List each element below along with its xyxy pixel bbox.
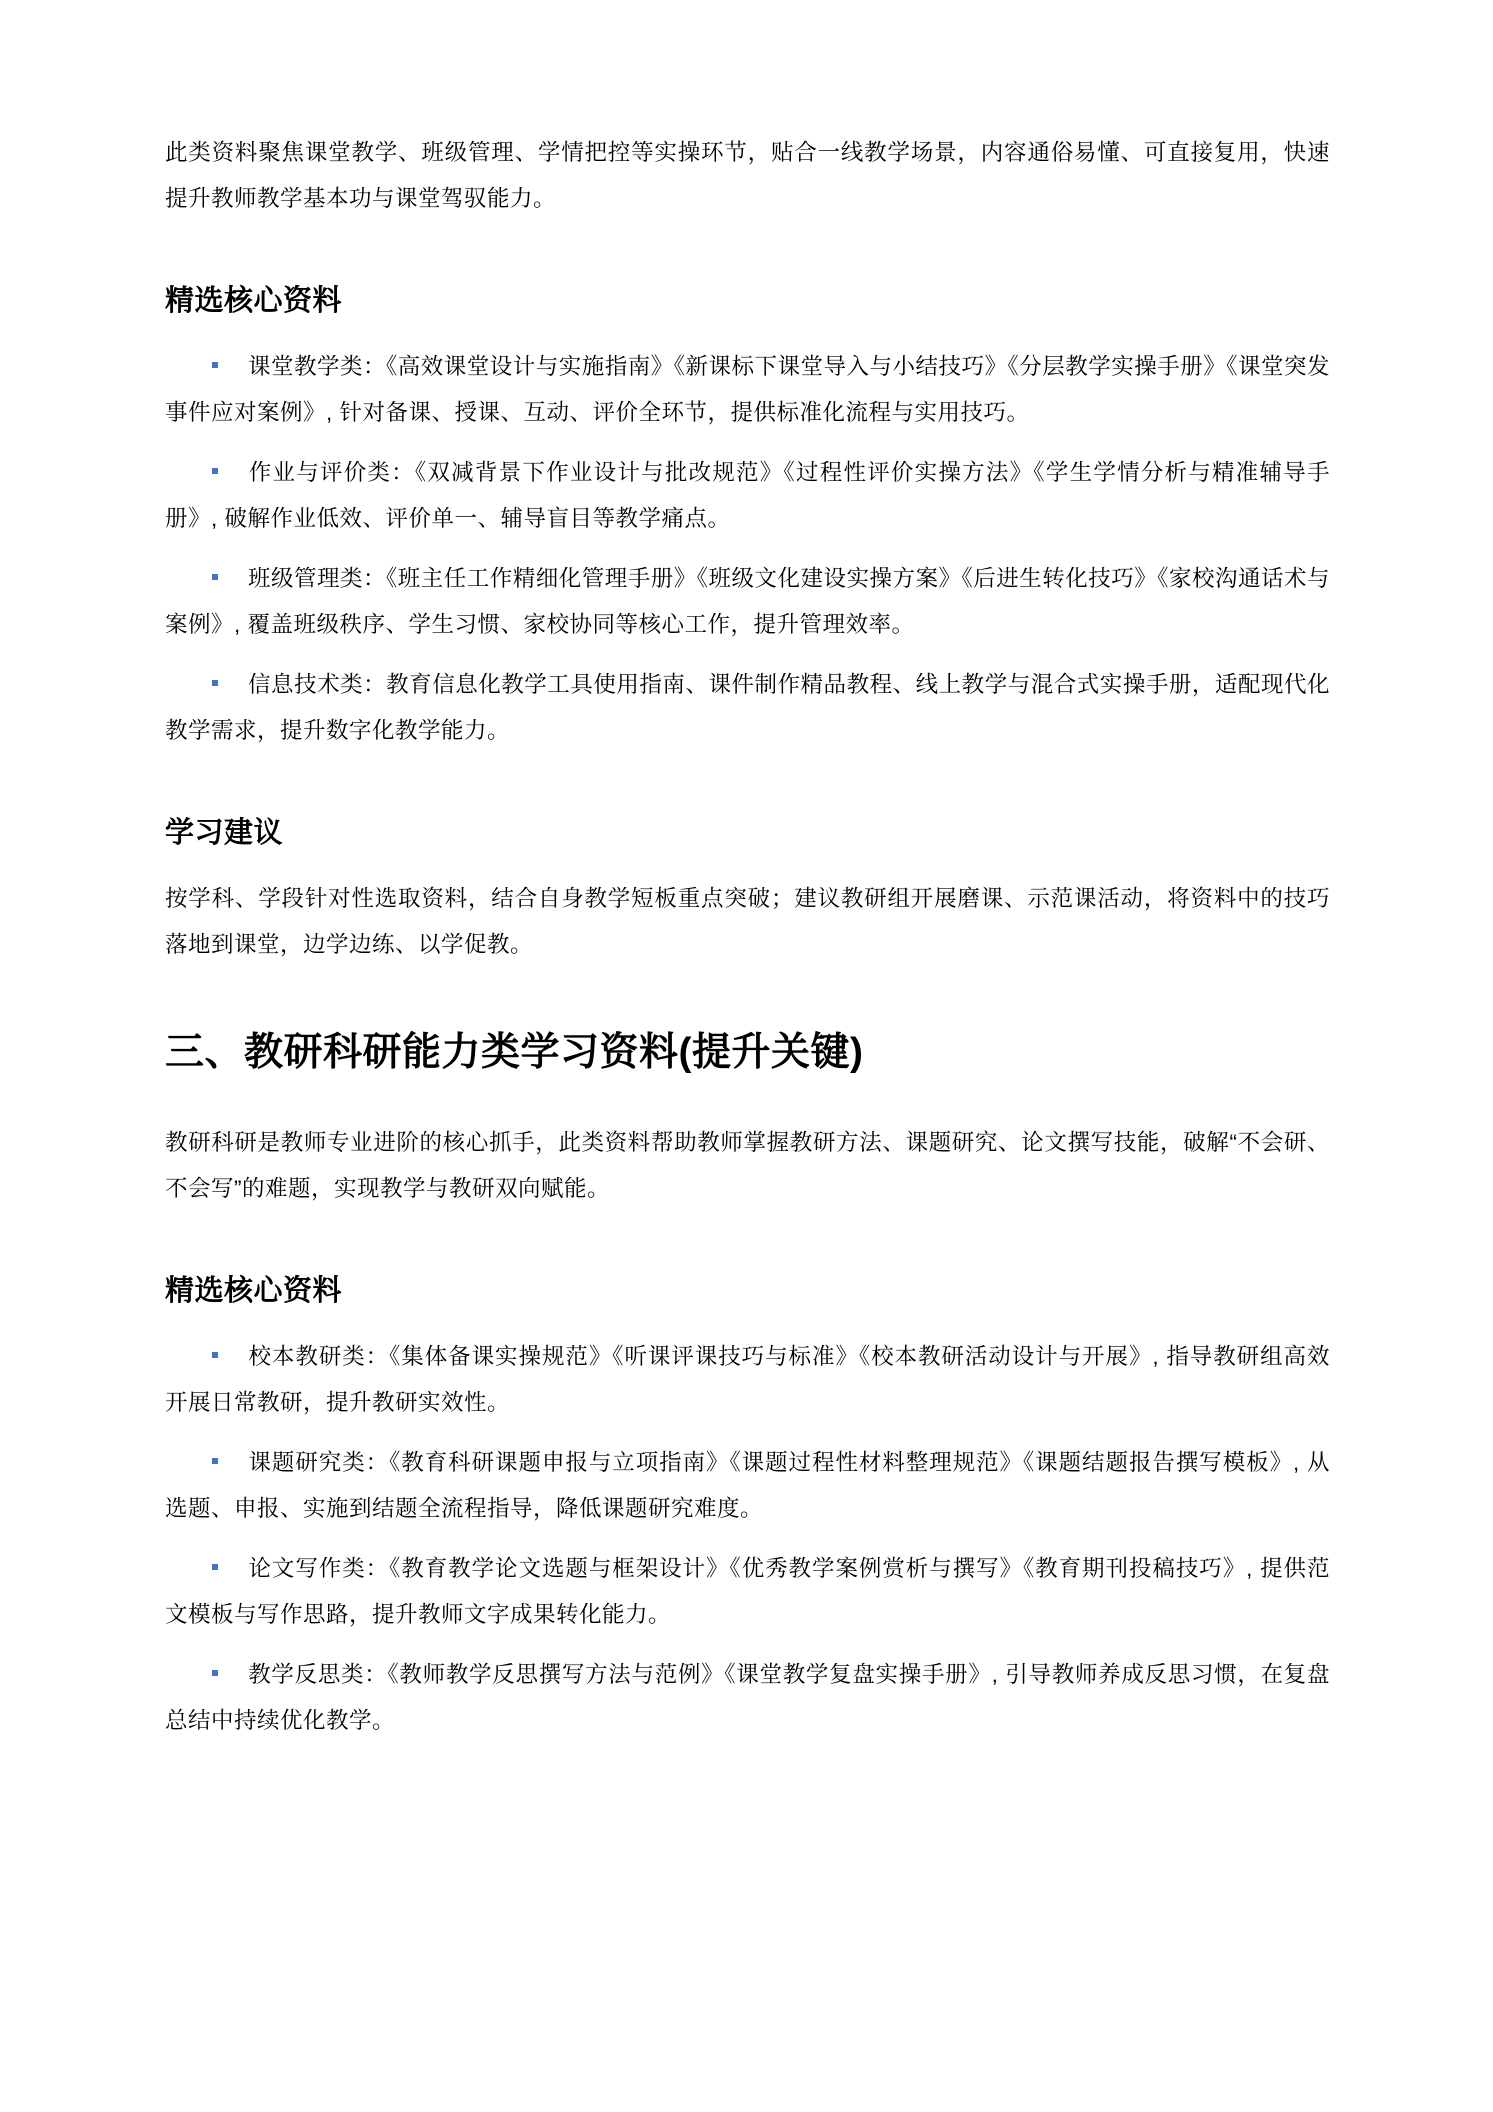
- bullet-square-icon: [212, 1564, 218, 1570]
- list-item: 信息技术类：教育信息化教学工具使用指南、课件制作精品教程、线上教学与混合式实操手…: [165, 662, 1330, 754]
- list-item: 课堂教学类：《高效课堂设计与实施指南》《新课标下课堂导入与小结技巧》《分层教学实…: [165, 344, 1330, 436]
- bullet-square-icon: [212, 362, 218, 368]
- list-item-text: 课题研究类：《教育科研课题申报与立项指南》《课题过程性材料整理规范》《课题结题报…: [165, 1450, 1330, 1521]
- materials-list-1: 课堂教学类：《高效课堂设计与实施指南》《新课标下课堂导入与小结技巧》《分层教学实…: [165, 344, 1330, 754]
- selected-core-materials-heading-1: 精选核心资料: [165, 282, 1330, 320]
- bullet-square-icon: [212, 680, 218, 686]
- list-item-text: 作业与评价类：《双减背景下作业设计与批改规范》《过程性评价实操方法》《学生学情分…: [165, 460, 1330, 531]
- section-three-heading: 三、教研科研能力类学习资料(提升关键): [165, 1028, 1330, 1078]
- study-advice-paragraph: 按学科、学段针对性选取资料，结合自身教学短板重点突破；建议教研组开展磨课、示范课…: [165, 876, 1330, 968]
- bullet-square-icon: [212, 468, 218, 474]
- materials-list-2: 校本教研类：《集体备课实操规范》《听课评课技巧与标准》《校本教研活动设计与开展》…: [165, 1334, 1330, 1744]
- list-item-text: 教学反思类：《教师教学反思撰写方法与范例》《课堂教学复盘实操手册》, 引导教师养…: [165, 1662, 1330, 1733]
- study-advice-heading: 学习建议: [165, 814, 1330, 852]
- list-item-text: 论文写作类：《教育教学论文选题与框架设计》《优秀教学案例赏析与撰写》《教育期刊投…: [165, 1556, 1330, 1627]
- intro-paragraph: 此类资料聚焦课堂教学、班级管理、学情把控等实操环节，贴合一线教学场景，内容通俗易…: [165, 130, 1330, 222]
- list-item-text: 班级管理类：《班主任工作精细化管理手册》《班级文化建设实操方案》《后进生转化技巧…: [165, 566, 1330, 637]
- bullet-square-icon: [212, 574, 218, 580]
- bullet-square-icon: [212, 1670, 218, 1676]
- list-item: 作业与评价类：《双减背景下作业设计与批改规范》《过程性评价实操方法》《学生学情分…: [165, 450, 1330, 542]
- list-item: 课题研究类：《教育科研课题申报与立项指南》《课题过程性材料整理规范》《课题结题报…: [165, 1440, 1330, 1532]
- list-item: 教学反思类：《教师教学反思撰写方法与范例》《课堂教学复盘实操手册》, 引导教师养…: [165, 1652, 1330, 1744]
- list-item-text: 课堂教学类：《高效课堂设计与实施指南》《新课标下课堂导入与小结技巧》《分层教学实…: [165, 354, 1330, 425]
- document-page: 此类资料聚焦课堂教学、班级管理、学情把控等实操环节，贴合一线教学场景，内容通俗易…: [0, 0, 1493, 2112]
- list-item-text: 信息技术类：教育信息化教学工具使用指南、课件制作精品教程、线上教学与混合式实操手…: [165, 672, 1330, 743]
- section-three-intro-paragraph: 教研科研是教师专业进阶的核心抓手，此类资料帮助教师掌握教研方法、课题研究、论文撰…: [165, 1120, 1330, 1212]
- list-item: 论文写作类：《教育教学论文选题与框架设计》《优秀教学案例赏析与撰写》《教育期刊投…: [165, 1546, 1330, 1638]
- bullet-square-icon: [212, 1352, 218, 1358]
- list-item-text: 校本教研类：《集体备课实操规范》《听课评课技巧与标准》《校本教研活动设计与开展》…: [165, 1344, 1330, 1415]
- bullet-square-icon: [212, 1458, 218, 1464]
- list-item: 班级管理类：《班主任工作精细化管理手册》《班级文化建设实操方案》《后进生转化技巧…: [165, 556, 1330, 648]
- list-item: 校本教研类：《集体备课实操规范》《听课评课技巧与标准》《校本教研活动设计与开展》…: [165, 1334, 1330, 1426]
- selected-core-materials-heading-2: 精选核心资料: [165, 1272, 1330, 1310]
